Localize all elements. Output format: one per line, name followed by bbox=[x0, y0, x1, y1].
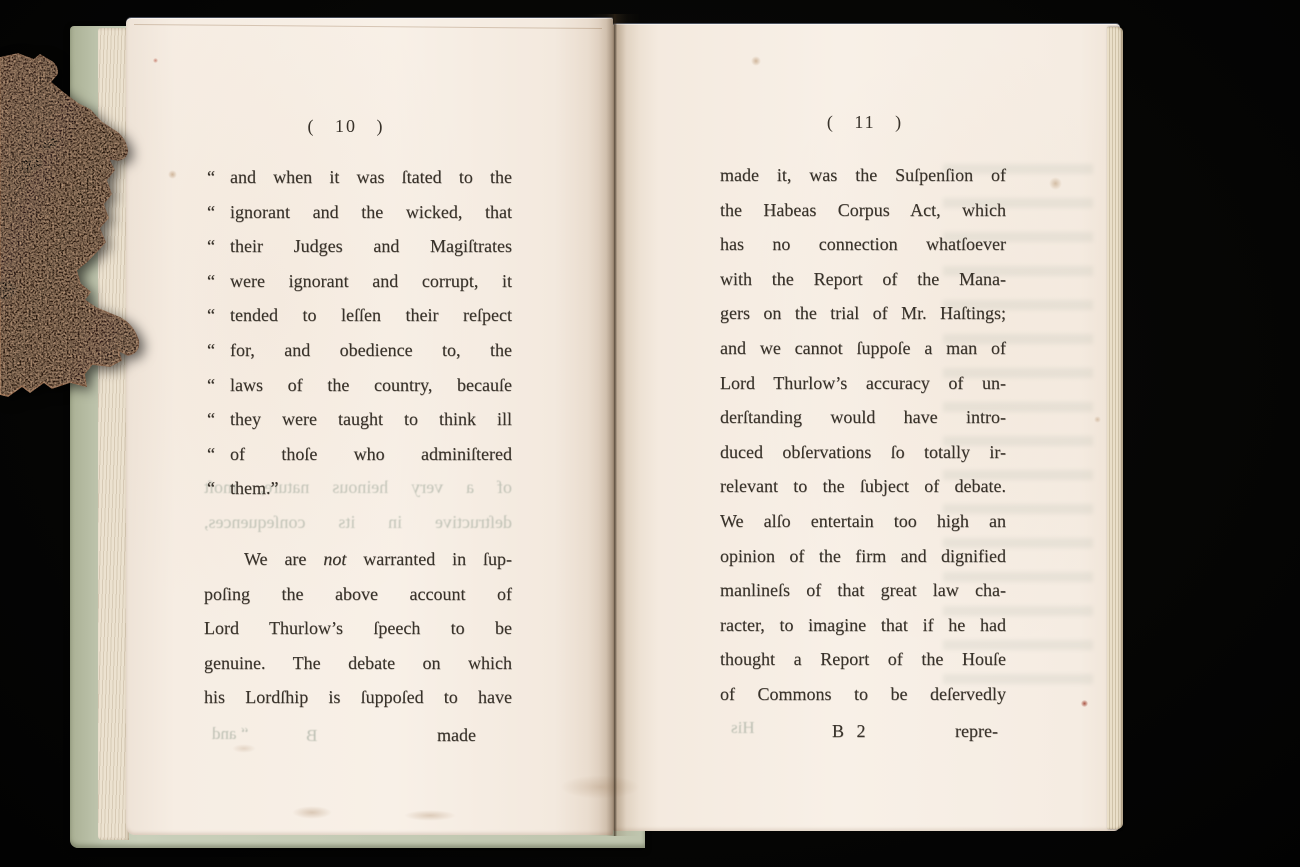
quote-mark: “ bbox=[207, 298, 215, 333]
text-line: has no connection whatſoever bbox=[720, 227, 1006, 262]
text-line: We alſo entertain too high an bbox=[720, 504, 1006, 539]
right-page-footer-row: B 2 repre- bbox=[720, 714, 1006, 748]
right-page-number: ( 11 ) bbox=[720, 112, 1010, 133]
text-line: “their Judges and Magiſtrates bbox=[204, 229, 512, 264]
text-line: “them.” bbox=[204, 471, 512, 506]
text-line: poſing the above account of bbox=[204, 577, 512, 612]
left-page: ( 10 ) of a very heinous nature, moſtdeſ… bbox=[126, 18, 613, 835]
clasp-body bbox=[0, 54, 138, 396]
text-line: “tended to leſſen their reſpect bbox=[204, 298, 512, 333]
right-page-fore-edge-stack bbox=[1107, 27, 1123, 829]
text-line: “they were taught to think ill bbox=[204, 402, 512, 437]
text-line: the Habeas Corpus Act, which bbox=[720, 193, 1006, 228]
text-line: relevant to the ſubject of debate. bbox=[720, 469, 1006, 504]
right-page-catchword: repre- bbox=[955, 714, 998, 748]
quote-mark: “ bbox=[207, 471, 215, 506]
text-line: duced obſervations ſo totally ir- bbox=[720, 435, 1006, 470]
text-line: deſtructive in its conſequences, bbox=[204, 505, 512, 540]
left-page-second-paragraph: We are not warranted in ſup-poſing the a… bbox=[204, 542, 512, 715]
text-line: “ignorant and the wicked, that bbox=[204, 195, 512, 230]
text-line: “laws of the country, becauſe bbox=[204, 368, 512, 403]
page-top-crease bbox=[134, 24, 602, 29]
quote-mark: “ bbox=[207, 402, 215, 437]
text-line: We are not warranted in ſup- bbox=[204, 542, 512, 577]
text-line: derſtanding would have intro- bbox=[720, 400, 1006, 435]
text-line: and we cannot ſuppoſe a man of bbox=[720, 331, 1006, 366]
quote-mark: “ bbox=[207, 333, 215, 368]
text-line: of Commons to be deſervedly bbox=[720, 677, 1006, 712]
text-line: racter, to imagine that if he had bbox=[720, 608, 1006, 643]
left-page-catchword: made bbox=[204, 718, 512, 752]
left-page-quoted-paragraph: “and when it was ſtated to the“ignorant … bbox=[204, 160, 512, 506]
quote-mark: “ bbox=[207, 264, 215, 299]
text-line: his Lordſhip is ſuppoſed to have bbox=[204, 680, 512, 715]
quote-mark: “ bbox=[207, 437, 215, 472]
quote-mark: “ bbox=[207, 195, 215, 230]
text-line: genuine. The debate on which bbox=[204, 646, 512, 681]
text-line: “and when it was ſtated to the bbox=[204, 160, 512, 195]
text-line: “of thoſe who adminiſtered bbox=[204, 437, 512, 472]
text-line: manlineſs of that great law cha- bbox=[720, 573, 1006, 608]
right-page: ( 11 ) His made it, was the Suſpenſion o… bbox=[613, 24, 1120, 831]
quote-mark: “ bbox=[207, 229, 215, 264]
text-line: “were ignorant and corrupt, it bbox=[204, 264, 512, 299]
text-line: “for, and obedience to, the bbox=[204, 333, 512, 368]
right-page-paragraph: made it, was the Suſpenſion ofthe Habeas… bbox=[720, 158, 1006, 712]
text-line: Lord Thurlow’s accuracy of un- bbox=[720, 366, 1006, 401]
text-line: Lord Thurlow’s ſpeech to be bbox=[204, 611, 512, 646]
text-line: opinion of the firm and dignified bbox=[720, 539, 1006, 574]
left-page-number: ( 10 ) bbox=[186, 116, 506, 137]
metal-clasp bbox=[0, 52, 150, 408]
signature-mark: B 2 bbox=[832, 714, 870, 748]
text-line: with the Report of the Mana- bbox=[720, 262, 1006, 297]
quote-mark: “ bbox=[207, 368, 215, 403]
quote-mark: “ bbox=[207, 160, 215, 195]
text-line: gers on the trial of Mr. Haſtings; bbox=[720, 296, 1006, 331]
text-line: thought a Report of the Houſe bbox=[720, 642, 1006, 677]
photograph-of-open-book: { "book": { "quote_mark": "“", "left_pag… bbox=[0, 0, 1300, 867]
text-line: made it, was the Suſpenſion of bbox=[720, 158, 1006, 193]
